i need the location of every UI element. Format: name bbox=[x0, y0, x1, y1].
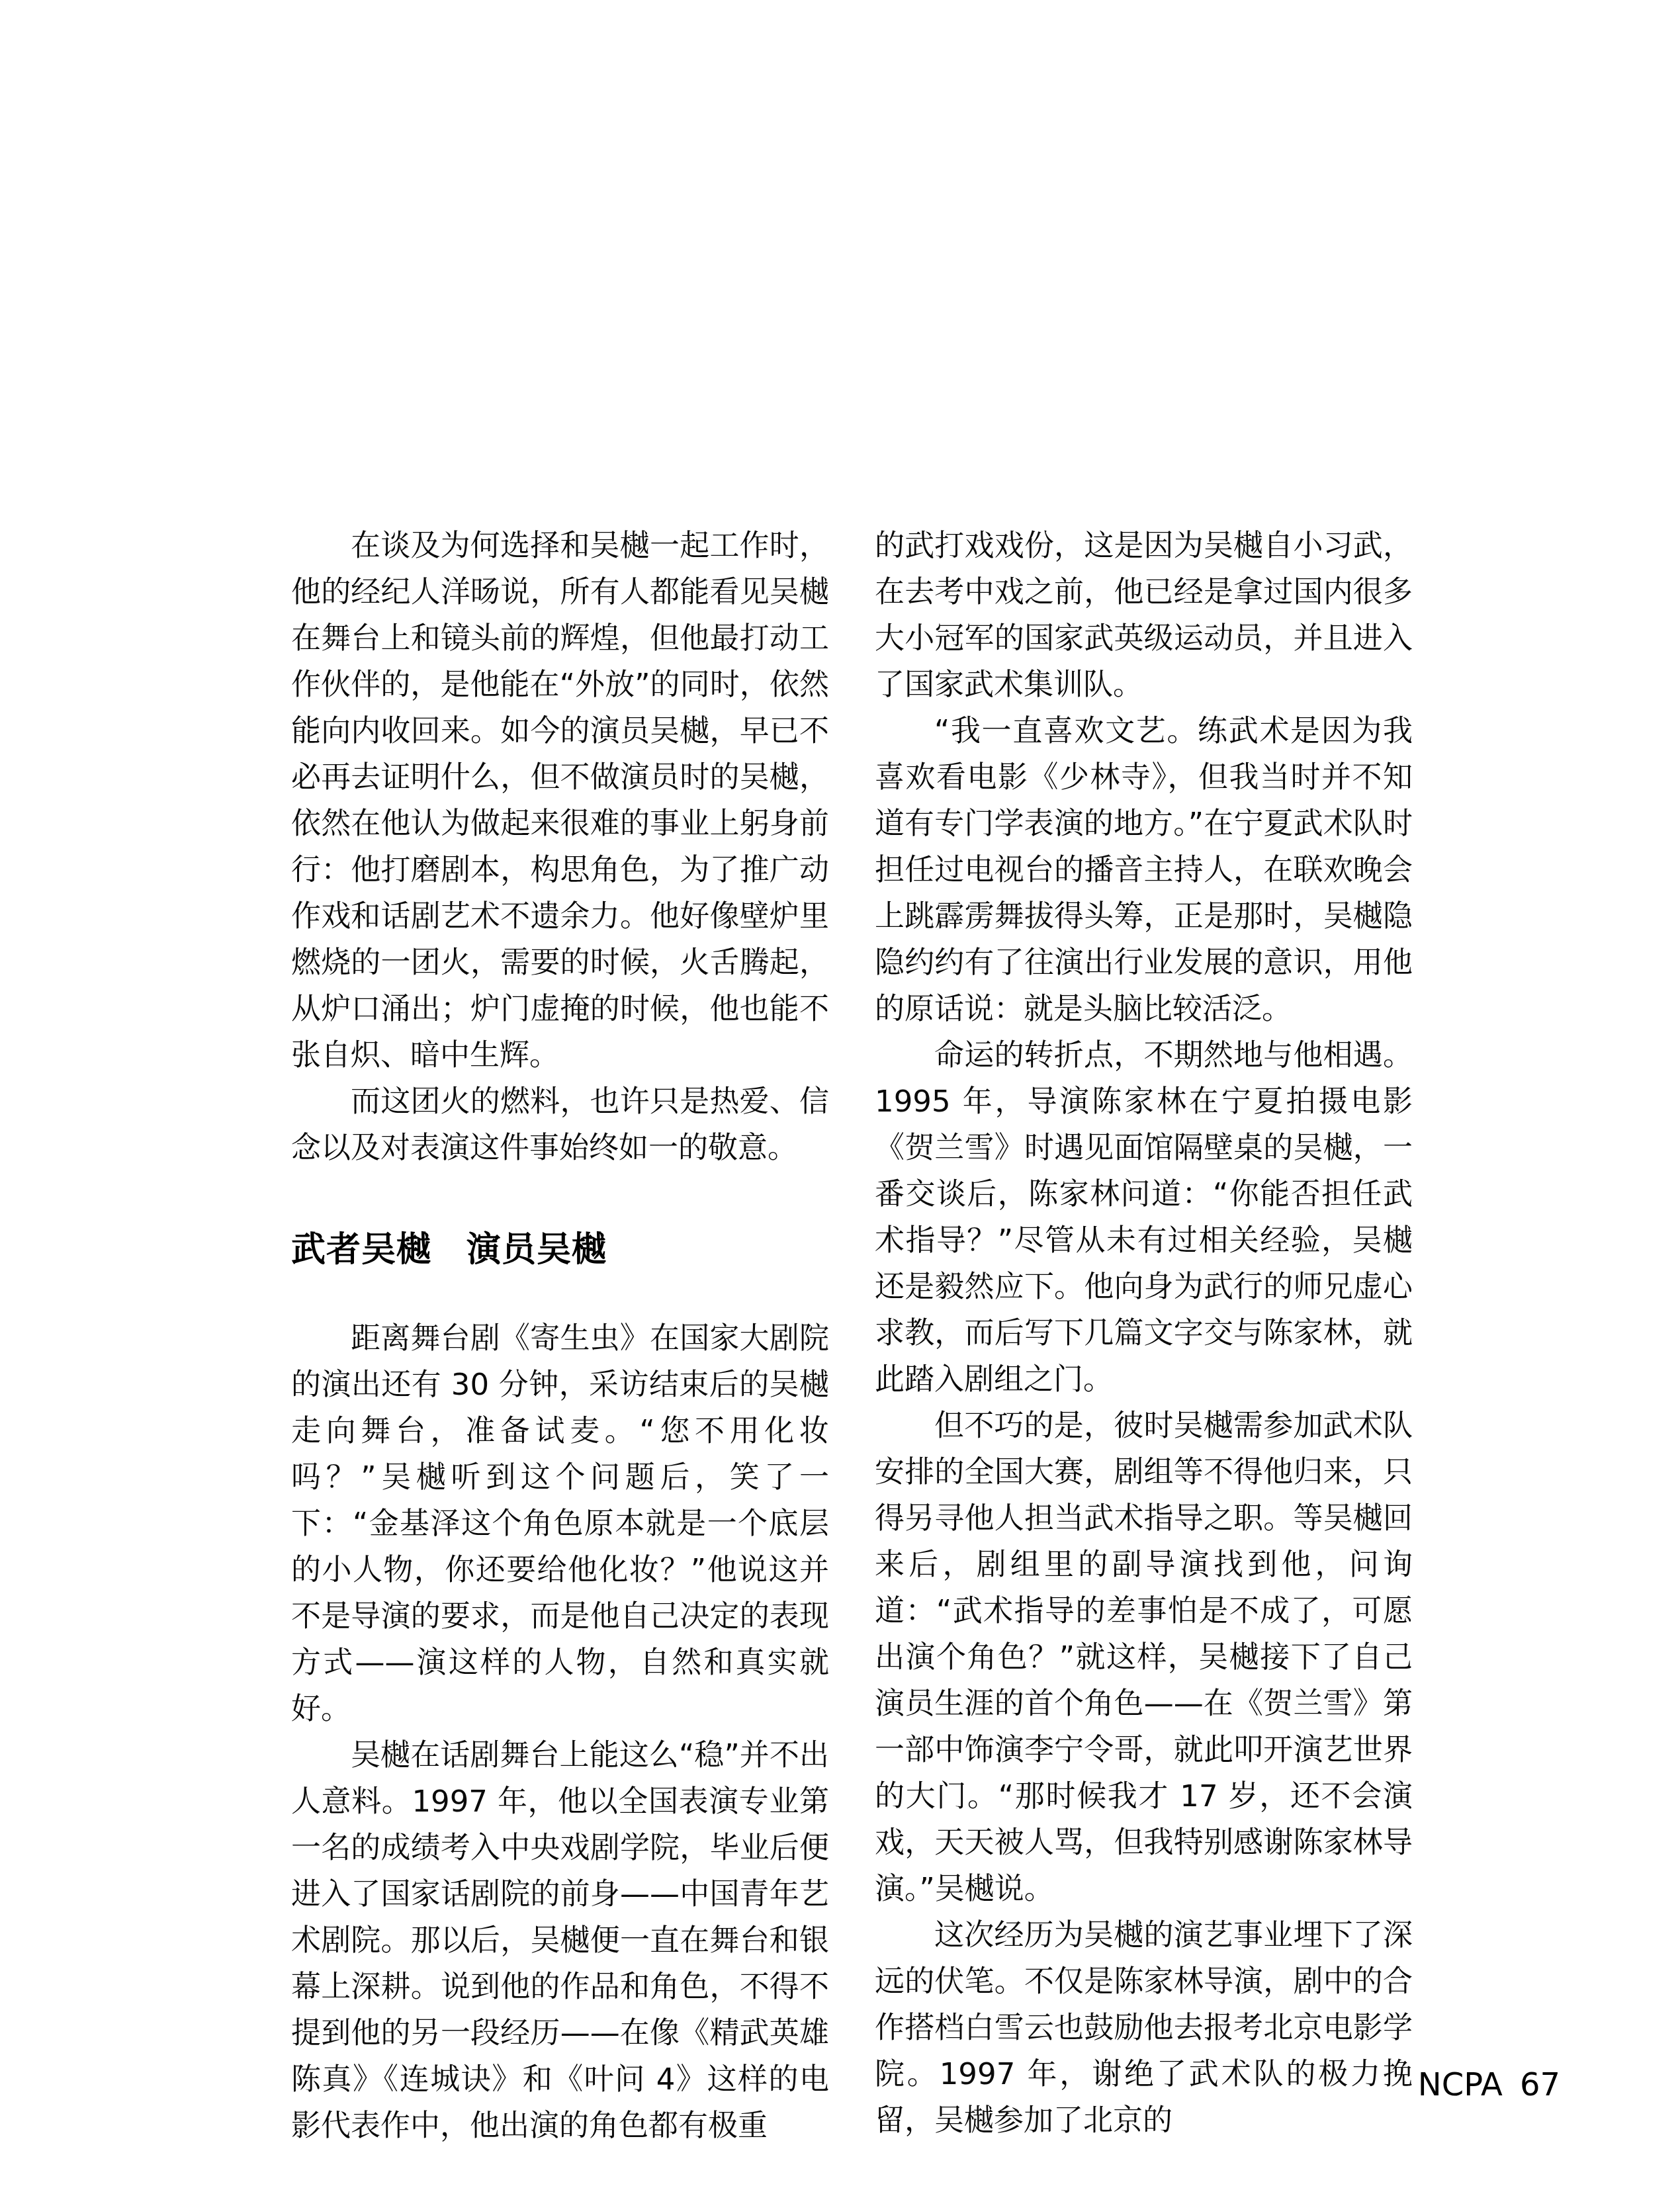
paragraph-shaolin: “我一直喜欢文艺。练武术是因为我喜欢看电影《少林寺》，但我当时并不知道有专门学表… bbox=[875, 708, 1413, 1032]
paragraph-martial-continuation: 的武打戏戏份，这是因为吴樾自小习武，在去考中戏之前，他已经是拿过国内很多大小冠军… bbox=[875, 523, 1413, 708]
magazine-page: { "article": { "left_column": { "paragra… bbox=[0, 0, 1680, 2188]
article-column-right: 的武打戏戏份，这是因为吴樾自小习武，在去考中戏之前，他已经是拿过国内很多大小冠军… bbox=[875, 523, 1413, 2144]
paragraph-parasite: 距离舞台剧《寄生虫》在国家大剧院的演出还有 30 分钟，采访结束后的吴樾走向舞台… bbox=[291, 1315, 829, 1732]
paragraph-first-role: 但不巧的是，彼时吴樾需参加武术队安排的全国大赛，剧组等不得他归来，只得另寻他人担… bbox=[875, 1403, 1413, 1912]
page-number: 67 bbox=[1520, 2068, 1560, 2101]
page-footer: NCPA 67 bbox=[1418, 2068, 1560, 2101]
paragraph-turning-point: 命运的转折点，不期然地与他相遇。1995 年，导演陈家林在宁夏拍摄电影《贺兰雪》… bbox=[875, 1032, 1413, 1403]
article-column-left: 在谈及为何选择和吴樾一起工作时，他的经纪人洋旸说，所有人都能看见吴樾在舞台上和镜… bbox=[291, 523, 829, 2149]
paragraph-fuel: 而这团火的燃料，也许只是热爱、信念以及对表演这件事始终如一的敬意。 bbox=[291, 1078, 829, 1171]
paragraph-intro: 在谈及为何选择和吴樾一起工作时，他的经纪人洋旸说，所有人都能看见吴樾在舞台上和镜… bbox=[291, 523, 829, 1078]
page: 在谈及为何选择和吴樾一起工作时，他的经纪人洋旸说，所有人都能看见吴樾在舞台上和镜… bbox=[0, 0, 1680, 2188]
paragraph-career-start: 吴樾在话剧舞台上能这么“稳”并不出人意料。1997 年，他以全国表演专业第一名的… bbox=[291, 1732, 829, 2149]
journal-label: NCPA bbox=[1418, 2068, 1503, 2101]
section-heading: 武者吴樾 演员吴樾 bbox=[291, 1227, 829, 1273]
paragraph-foreshadow: 这次经历为吴樾的演艺事业埋下了深远的伏笔。不仅是陈家林导演，剧中的合作搭档白雪云… bbox=[875, 1912, 1413, 2144]
